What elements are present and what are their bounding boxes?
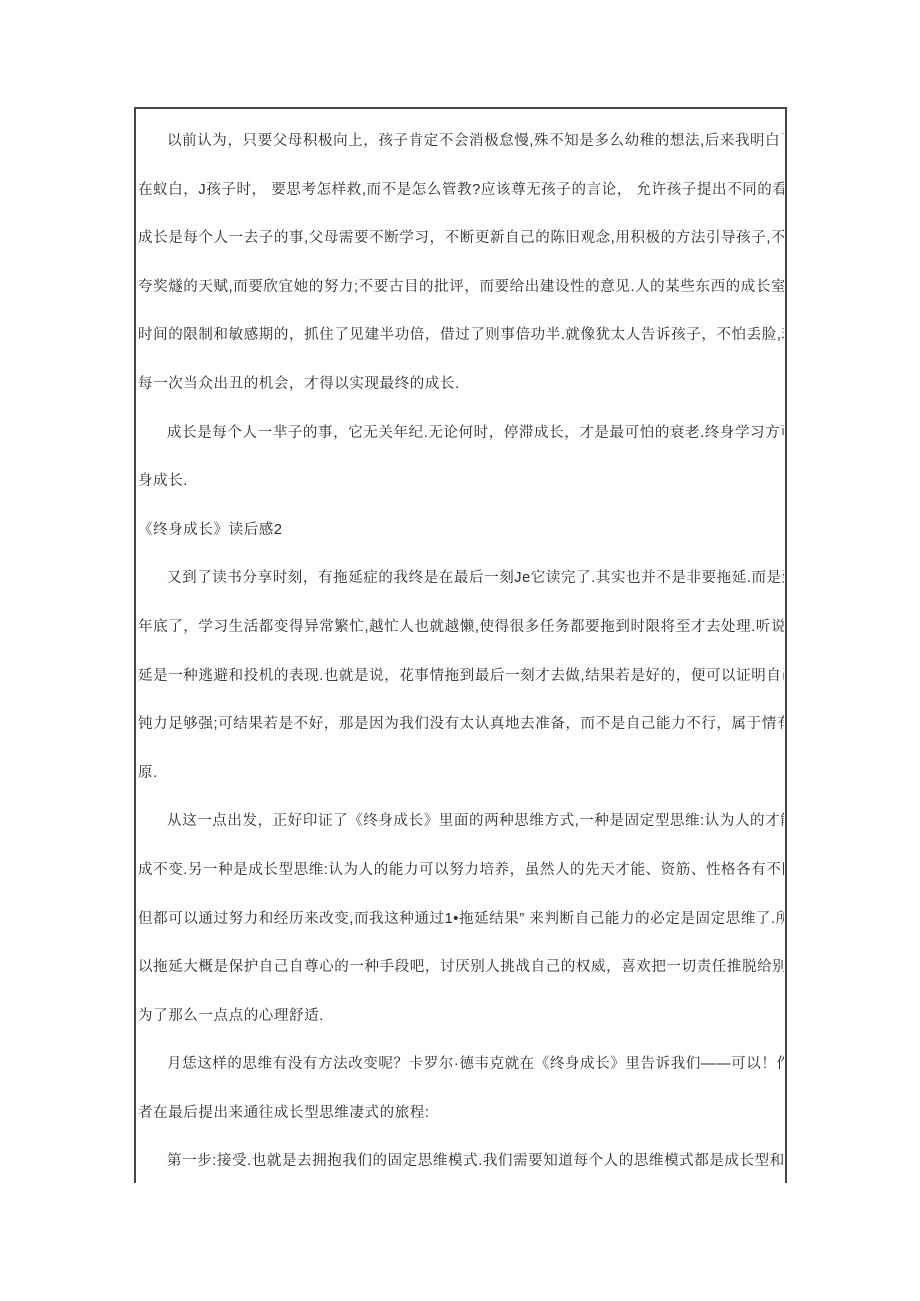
paragraph-4-line: 从这一点出发，正好印证了《终身成长》里面的两种思维方式,一种是固定型思维:认为人… (138, 797, 784, 846)
paragraph-3-line: 延是一种逃避和投机的表现.也就是说，花事情拖到最后一刻才去做,结果若是好的，便可… (138, 652, 784, 701)
paragraph-5-line: 者在最后提出来通往成长型思维凄式的旅程: (138, 1089, 784, 1138)
paragraph-1-line: 时间的限制和敏感期的，抓住了见建半功倍，借过了则事倍功半.就像犹太人告诉孩子，不… (138, 311, 784, 360)
paragraph-1-line: 在蚁白，J孩子时， 要思考怎样救,而不是怎么管教?应该尊无孩子的言论， 允许孩子… (138, 166, 784, 215)
paragraph-1-line: 以前认为，只要父母积极向上，孩子肯定不会消极怠慢,殊不知是多么幼稚的想法,后来我… (138, 117, 784, 166)
paragraph-1-line: 夸奖燧的天赋,而要欣宜她的努力;不要古目的批评，而要给出建设性的意见.人的某些东… (138, 263, 784, 312)
paragraph-6-line: 第一步:接受.也就是去拥抱我们的固定思维模式.我们需要知道每个人的思维模式都是成… (138, 1137, 784, 1183)
paragraph-1-line: 成长是每个人一去子的事,父母需要不断学习，不断更新自己的陈旧观念,用积极的方法引… (138, 214, 784, 263)
paragraph-3-line: 钝力足够强;可结果若是不好，那是因为我们没有太认真地去准备，而不是自己能力不行，… (138, 700, 784, 749)
paragraph-5-line: 月恁这样的思维有没有方法改变呢？卡罗尔·德韦克就在《终身成长》里告诉我们——可以… (138, 1040, 784, 1089)
paragraph-1-line: 每一次当众出丑的机会，才得以实现最终的成长. (138, 360, 784, 409)
section-heading-line: 《终身成长》读后感2 (138, 506, 784, 555)
paragraph-3-line: 又到了读书分享时刻，有拖延症的我终是在最后一刻Je它读完了.其实也并不是非要拖延… (138, 554, 784, 603)
paragraph-2-line: 身成长. (138, 457, 784, 506)
paragraph-4-line: 但都可以通过努力和经历来改变,而我这种通过1•拖延结果” 来判断自己能力的必定是… (138, 895, 784, 944)
paragraph-3-line: 年底了，学习生活都变得异常繁忙,越忙人也就越懒,使得很多任务都要拖到时限将至才去… (138, 603, 784, 652)
paragraph-4-line: 为了那么一点点的心理舒适. (138, 992, 784, 1041)
paragraph-4-line: 以拖延大概是保护自己自尊心的一种手段吧，讨厌别人挑战自己的权威，喜欢把一切责任推… (138, 943, 784, 992)
text-body: 以前认为，只要父母积极向上，孩子肯定不会消极怠慢,殊不知是多么幼稚的想法,后来我… (136, 109, 785, 1183)
bordered-text-frame: 以前认为，只要父母积极向上，孩子肯定不会消极怠慢,殊不知是多么幼稚的想法,后来我… (134, 107, 787, 1183)
document-page: 以前认为，只要父母积极向上，孩子肯定不会消极怠慢,殊不知是多么幼稚的想法,后来我… (0, 0, 920, 1301)
paragraph-2-line: 成长是每个人一芈子的事，它无关年纪.无论何时，停滞成长，才是最可怕的衰老.终身学… (138, 409, 784, 458)
paragraph-4-line: 成不变.另一种是成长型思维:认为人的能力可以努力培养，虽然人的先天才能、资筋、性… (138, 846, 784, 895)
paragraph-3-line: 原. (138, 749, 784, 798)
